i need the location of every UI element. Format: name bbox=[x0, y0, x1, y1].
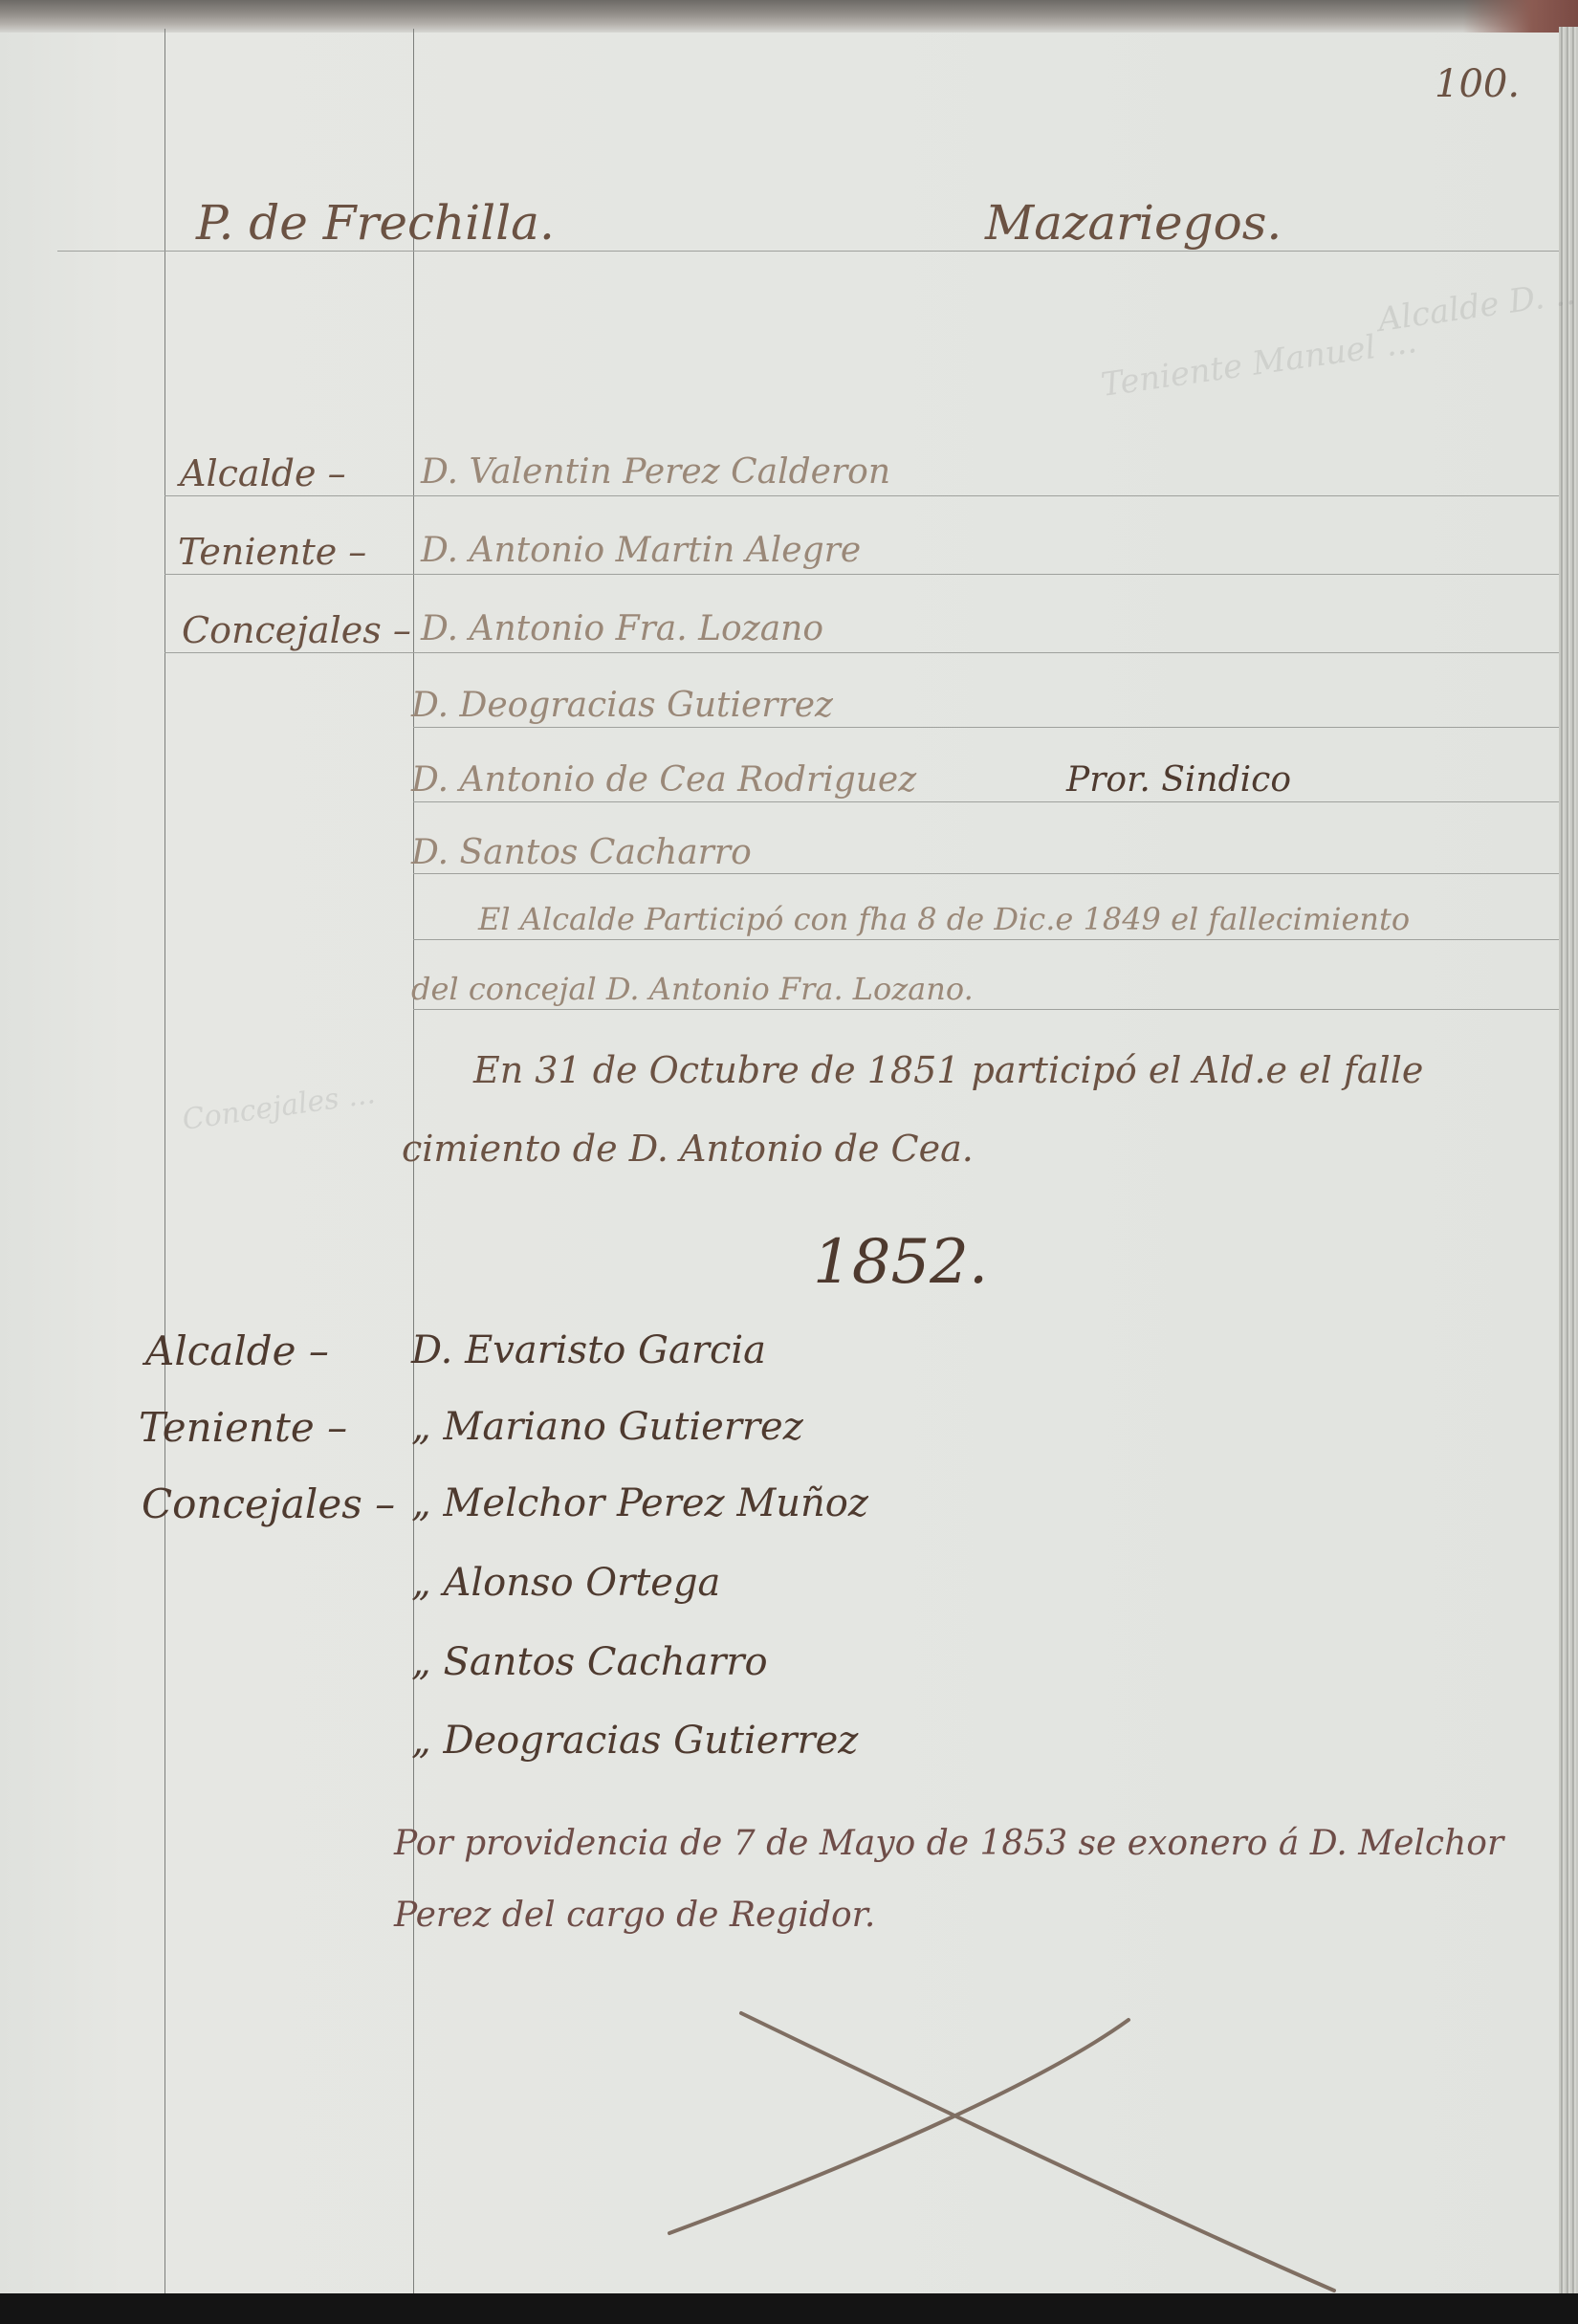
annotation-line: En 31 de Octubre de 1851 participó el Al… bbox=[473, 1052, 1423, 1088]
row-rule bbox=[413, 939, 1559, 940]
scan-bottom-edge bbox=[0, 2293, 1578, 2324]
member-name: D. Antonio Fra. Lozano bbox=[421, 612, 823, 647]
margin-rule-left bbox=[164, 29, 165, 2295]
member-name: D. Antonio de Cea Rodriguez bbox=[411, 763, 916, 798]
member-name: „ Deogracias Gutierrez bbox=[411, 1721, 858, 1760]
annotation-line: Por providencia de 7 de Mayo de 1853 se … bbox=[394, 1827, 1503, 1861]
member-name: D. Deogracias Gutierrez bbox=[411, 689, 833, 723]
year-heading: 1852. bbox=[813, 1232, 988, 1293]
row-rule bbox=[164, 652, 1559, 653]
row-rule bbox=[413, 1009, 1559, 1010]
cancellation-x-mark bbox=[650, 1980, 1358, 2295]
member-name: „ Santos Cacharro bbox=[411, 1643, 768, 1681]
role-label: Teniente – bbox=[139, 1408, 347, 1448]
member-name: D. Santos Cacharro bbox=[411, 836, 752, 870]
annotation-line: El Alcalde Participó con fha 8 de Dic.e … bbox=[478, 904, 1410, 934]
row-rule bbox=[164, 574, 1559, 575]
role-label: Alcalde – bbox=[145, 1331, 329, 1371]
district-title: P. de Frechilla. bbox=[196, 199, 555, 247]
page-stack-edge bbox=[1559, 27, 1578, 2295]
page-number: 100. bbox=[1435, 65, 1520, 103]
row-rule bbox=[413, 727, 1559, 728]
member-name: „ Mariano Gutierrez bbox=[411, 1408, 803, 1446]
row-rule bbox=[413, 873, 1559, 874]
row-rule bbox=[413, 801, 1559, 802]
member-name: „ Melchor Perez Muñoz bbox=[411, 1484, 868, 1523]
role-label: Concejales – bbox=[182, 612, 411, 648]
annotation-line: cimiento de D. Antonio de Cea. bbox=[402, 1130, 974, 1167]
annotation-line: Perez del cargo de Regidor. bbox=[394, 1898, 875, 1933]
role-label: Teniente – bbox=[178, 534, 366, 570]
member-name: D. Antonio Martin Alegre bbox=[421, 534, 861, 568]
member-name: „ Alonso Ortega bbox=[411, 1564, 720, 1602]
annotation-line: del concejal D. Antonio Fra. Lozano. bbox=[411, 974, 974, 1004]
role-label: Alcalde – bbox=[180, 455, 346, 492]
member-title: Pror. Sindico bbox=[1066, 763, 1291, 798]
book-binding-top bbox=[0, 0, 1578, 33]
municipality-title: Mazariegos. bbox=[985, 199, 1282, 247]
member-name: D. Evaristo Garcia bbox=[411, 1331, 766, 1370]
header-rule bbox=[57, 251, 1559, 252]
role-label: Concejales – bbox=[142, 1484, 395, 1524]
row-rule bbox=[164, 495, 1559, 496]
member-name: D. Valentin Perez Calderon bbox=[421, 455, 890, 490]
